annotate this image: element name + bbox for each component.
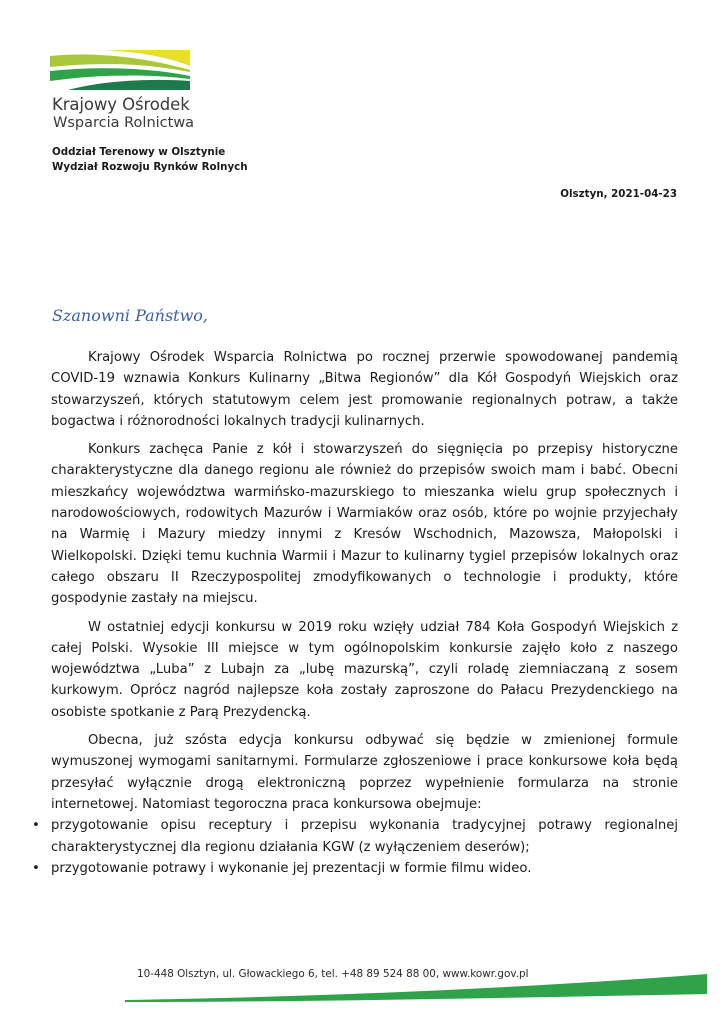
- paragraph: Obecna, już szósta edycja konkursu odbyw…: [51, 730, 678, 815]
- list-item: • przygotowanie opisu receptury i przepi…: [32, 815, 678, 858]
- paragraph: W ostatniej edycji konkursu w 2019 roku …: [51, 617, 678, 723]
- salutation: Szanowni Państwo,: [52, 306, 208, 325]
- organization-name: Krajowy Ośrodek Wsparcia Rolnictwa: [52, 95, 194, 133]
- list-item-text: przygotowanie opisu receptury i przepisu…: [51, 818, 678, 854]
- footer-swoosh-icon: [0, 960, 724, 1010]
- paragraph: Konkurs zachęca Panie z kół i stowarzysz…: [51, 439, 678, 609]
- letter-body: Krajowy Ośrodek Wsparcia Rolnictwa po ro…: [51, 347, 678, 879]
- paragraph: Krajowy Ośrodek Wsparcia Rolnictwa po ro…: [51, 347, 678, 432]
- requirements-list: • przygotowanie opisu receptury i przepi…: [51, 815, 678, 879]
- list-item-text: przygotowanie potrawy i wykonanie jej pr…: [51, 861, 531, 876]
- org-name-line1: Krajowy Ośrodek: [52, 95, 194, 114]
- department-block: Oddział Terenowy w Olsztynie Wydział Roz…: [52, 145, 248, 175]
- department-line1: Oddział Terenowy w Olsztynie: [52, 145, 248, 160]
- department-line2: Wydział Rozwoju Rynków Rolnych: [52, 160, 248, 175]
- list-item: • przygotowanie potrawy i wykonanie jej …: [32, 858, 678, 879]
- bullet-icon: •: [32, 815, 51, 836]
- place-date: Olsztyn, 2021-04-23: [560, 188, 677, 200]
- org-name-line2: Wsparcia Rolnictwa: [53, 114, 194, 133]
- kowr-logo-icon: [50, 50, 190, 90]
- bullet-icon: •: [32, 858, 51, 879]
